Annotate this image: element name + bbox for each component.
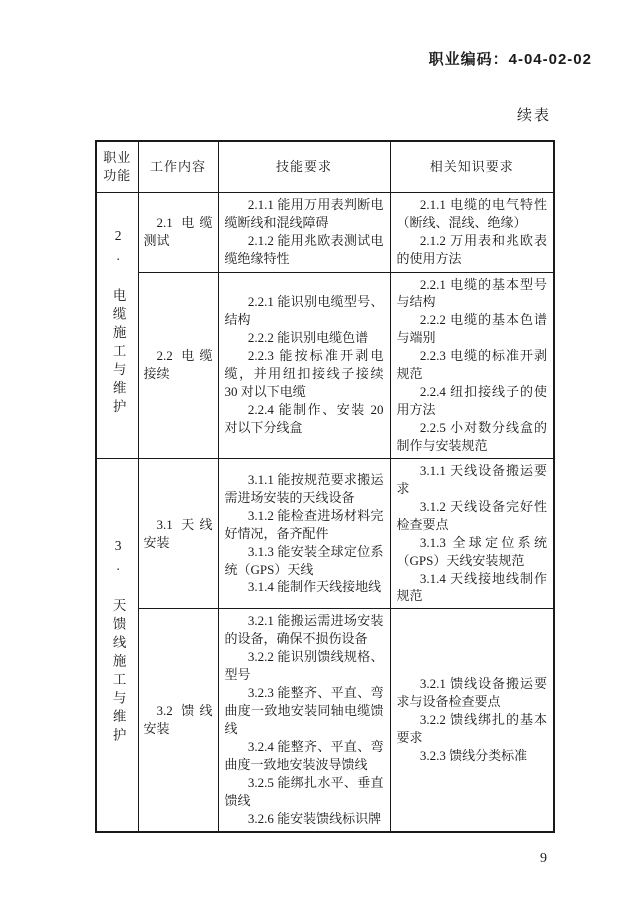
requirement-item: 3.2.1 馈线设备搬运要求与设备检查要点	[397, 675, 548, 711]
task-cell-cable-testing: 2.1 电缆测试	[138, 192, 218, 272]
requirement-item: 2.2.3 电缆的标准开剥规范	[397, 347, 548, 383]
requirement-item: 2.1.2 万用表和兆欧表的使用方法	[397, 232, 548, 268]
header-occupational-function: 职业功能	[96, 141, 138, 192]
occupation-code: 职业编码：4-04-02-02	[0, 50, 641, 70]
requirement-item: 3.2.3 馈线分类标准	[397, 747, 548, 765]
table-row: 2.2 电缆接续 2.2.1 能识别电缆型号、结构2.2.2 能识别电缆色谱2.…	[96, 272, 554, 458]
requirement-item: 2.2.2 电缆的基本色谱与端别	[397, 311, 548, 347]
task-cell-feeder-installation: 3.2 馈线安装	[138, 609, 218, 832]
requirement-item: 2.2.2 能识别电缆色谱	[225, 329, 384, 347]
requirement-item: 3.2.5 能绑扎水平、垂直馈线	[225, 774, 384, 810]
requirement-item: 3.2.4 能整齐、平直、弯曲度一致地安装波导馈线	[225, 738, 384, 774]
requirement-item: 3.2.6 能安装馈线标识牌	[225, 810, 384, 828]
knowledge-cell-feeder-installation: 3.2.1 馈线设备搬运要求与设备检查要点3.2.2 馈线绑扎的基本要求3.2.…	[390, 609, 554, 832]
requirement-item: 3.1.4 能制作天线接地线	[225, 578, 384, 596]
function-cell-antenna-feeder-construction: 3. 天馈线施工与维护	[96, 458, 138, 831]
knowledge-cell-cable-splicing: 2.2.1 电缆的基本型号与结构2.2.2 电缆的基本色谱与端别2.2.3 电缆…	[390, 272, 554, 458]
requirement-item: 3.2.3 能整齐、平直、弯曲度一致地安装同轴电缆馈线	[225, 684, 384, 738]
table-header-row: 职业功能 工作内容 技能要求 相关知识要求	[96, 141, 554, 192]
requirement-item: 3.1.3 全球定位系统（GPS）天线安装规范	[397, 534, 548, 570]
requirement-item: 3.2.1 能搬运需进场安装的设备，确保不损伤设备	[225, 612, 384, 648]
requirement-item: 2.1.1 能用万用表判断电缆断线和混线障碍	[225, 196, 384, 232]
requirement-item: 3.1.3 能安装全球定位系统（GPS）天线	[225, 543, 384, 579]
header-knowledge-requirements: 相关知识要求	[390, 141, 554, 192]
occupational-standard-table: 职业功能 工作内容 技能要求 相关知识要求 2. 电缆施工与维护 2.1 电缆测…	[95, 140, 555, 833]
skills-cell-feeder-installation: 3.2.1 能搬运需进场安装的设备，确保不损伤设备3.2.2 能识别馈线规格、型…	[218, 609, 390, 832]
requirement-item: 2.2.4 纽扣接线子的使用方法	[397, 383, 548, 419]
skills-cell-antenna-installation: 3.1.1 能按规范要求搬运需进场安装的天线设备3.1.2 能检查进场材料完好情…	[218, 458, 390, 609]
header-work-content: 工作内容	[138, 141, 218, 192]
requirement-item: 3.1.2 天线设备完好性检查要点	[397, 498, 548, 534]
requirement-item: 2.1.2 能用兆欧表测试电缆绝缘特性	[225, 232, 384, 268]
knowledge-cell-antenna-installation: 3.1.1 天线设备搬运要求3.1.2 天线设备完好性检查要点3.1.3 全球定…	[390, 458, 554, 609]
requirement-item: 2.1.1 电缆的电气特性（断线、混线、绝缘）	[397, 196, 548, 232]
requirement-item: 2.2.4 能制作、安装 20 对以下分线盒	[225, 401, 384, 437]
requirement-item: 2.2.1 能识别电缆型号、结构	[225, 293, 384, 329]
requirement-item: 3.1.4 天线接地线制作规范	[397, 570, 548, 606]
requirement-item: 3.2.2 馈线绑扎的基本要求	[397, 711, 548, 747]
table-row: 2. 电缆施工与维护 2.1 电缆测试 2.1.1 能用万用表判断电缆断线和混线…	[96, 192, 554, 272]
requirement-item: 3.1.1 能按规范要求搬运需进场安装的天线设备	[225, 471, 384, 507]
table-row: 3. 天馈线施工与维护 3.1 天线安装 3.1.1 能按规范要求搬运需进场安装…	[96, 458, 554, 609]
task-cell-antenna-installation: 3.1 天线安装	[138, 458, 218, 609]
continued-table-label: 续表	[0, 106, 641, 126]
table-row: 3.2 馈线安装 3.2.1 能搬运需进场安装的设备，确保不损伤设备3.2.2 …	[96, 609, 554, 832]
requirement-item: 2.2.1 电缆的基本型号与结构	[397, 276, 548, 312]
function-cell-cable-construction: 2. 电缆施工与维护	[96, 192, 138, 458]
function-label-vertical: 3. 天馈线施工与维护	[110, 538, 125, 746]
page-number: 9	[0, 849, 641, 869]
task-cell-cable-splicing: 2.2 电缆接续	[138, 272, 218, 458]
document-page: 职业编码：4-04-02-02 续表 职业功能 工作内容 技能要求 相关知识要求…	[0, 0, 641, 899]
requirement-item: 2.2.5 小对数分线盒的制作与安装规范	[397, 419, 548, 455]
requirement-item: 3.1.1 天线设备搬运要求	[397, 462, 548, 498]
skills-cell-cable-testing: 2.1.1 能用万用表判断电缆断线和混线障碍2.1.2 能用兆欧表测试电缆绝缘特…	[218, 192, 390, 272]
knowledge-cell-cable-testing: 2.1.1 电缆的电气特性（断线、混线、绝缘）2.1.2 万用表和兆欧表的使用方…	[390, 192, 554, 272]
requirement-item: 3.2.2 能识别馈线规格、型号	[225, 648, 384, 684]
header-skill-requirements: 技能要求	[218, 141, 390, 192]
skills-cell-cable-splicing: 2.2.1 能识别电缆型号、结构2.2.2 能识别电缆色谱2.2.3 能按标准开…	[218, 272, 390, 458]
function-label-vertical: 2. 电缆施工与维护	[110, 228, 125, 418]
requirement-item: 3.1.2 能检查进场材料完好情况，备齐配件	[225, 507, 384, 543]
requirement-item: 2.2.3 能按标准开剥电缆，并用纽扣接线子接续 30 对以下电缆	[225, 347, 384, 401]
